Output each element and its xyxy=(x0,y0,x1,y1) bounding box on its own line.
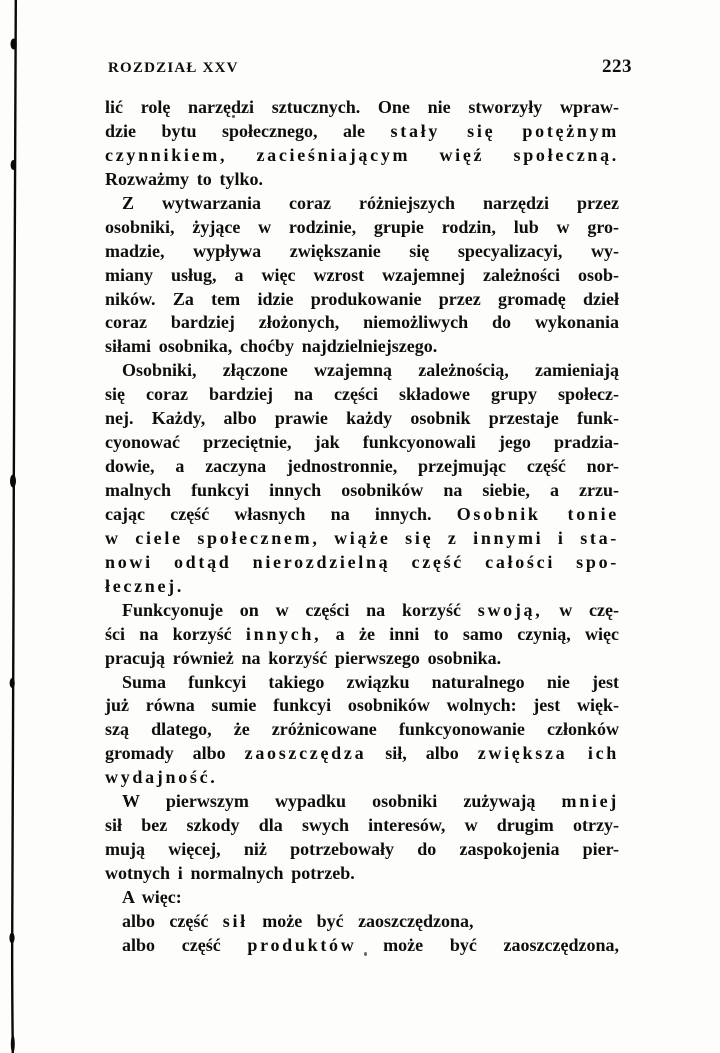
emphasis-spaced-text: zwiększa ich xyxy=(478,743,619,763)
text-line: szą dlatego, że zróżnicowane funkcyonowa… xyxy=(105,718,619,742)
text-segment: może być zaoszczędzona, xyxy=(356,935,619,955)
emphasis-spaced-text: czynnikiem, zacieśniającym więź społeczn… xyxy=(105,145,619,165)
text-line: w ciele społecznem, wiąże się z innymi i… xyxy=(105,527,619,551)
text-segment: albo część xyxy=(122,911,223,931)
text-segment: malnych funkcyi innych osobników na sieb… xyxy=(105,480,619,500)
text-line: wydajność. xyxy=(105,766,619,790)
text-segment: miany usług, a więc wzrost wzajemnej zal… xyxy=(105,265,619,285)
text-segment: szą dlatego, że zróżnicowane funkcyonowa… xyxy=(105,719,619,739)
text-segment: W pierwszym wypadku osobniki zużywają xyxy=(122,791,562,811)
text-segment: gromady albo xyxy=(105,743,245,763)
text-line: ników. Za tem idzie produkowanie przez g… xyxy=(105,288,619,312)
text-segment: wotnych i normalnych potrzeb. xyxy=(105,863,355,883)
text-line: Funkcyonuje on w części na korzyść swoją… xyxy=(105,599,619,623)
text-line: dzie bytu społecznego, ale stały się pot… xyxy=(105,120,619,144)
emphasis-spaced-text: nowi odtąd nierozdzielną część całości s… xyxy=(105,552,619,572)
text-segment: nej. Każdy, albo prawie każdy osobnik pr… xyxy=(105,408,619,428)
text-line: osobniki, żyjące w rodzinie, grupie rodz… xyxy=(105,216,619,240)
text-segment: coraz bardziej złożonych, niemożliwych d… xyxy=(105,312,619,332)
text-segment: a że inni to samo czynią, więc xyxy=(321,624,619,644)
text-segment: sił bez szkody dla swych interesów, w dr… xyxy=(105,815,619,835)
text-line: Suma funkcyi takiego związku naturalnego… xyxy=(105,671,619,695)
text-segment: ników. Za tem idzie produkowanie przez g… xyxy=(105,289,619,309)
text-segment: siłami osobnika, choćby najdzielniejszeg… xyxy=(105,336,437,356)
text-line: albo część sił może być zaoszczędzona, xyxy=(105,910,619,934)
text-segment: w czę- xyxy=(542,600,619,620)
text-line: Osobniki, złączone wzajemną zależnością,… xyxy=(105,359,619,383)
text-line: dowie, a zaczyna jednostronnie, przejmuj… xyxy=(105,455,619,479)
edge-line-blob xyxy=(9,933,14,944)
text-segment: osobniki, żyjące w rodzinie, grupie rodz… xyxy=(105,217,619,237)
text-segment: Suma funkcyi takiego związku naturalnego… xyxy=(122,672,619,692)
emphasis-spaced-text: sił xyxy=(223,911,248,931)
text-line: wotnych i normalnych potrzeb. xyxy=(105,862,619,886)
emphasis-spaced-text: stały się potężnym xyxy=(391,121,619,141)
text-line: cając część własnych na innych. Osobnik … xyxy=(105,503,619,527)
text-segment: już równa sumie funkcyi osobników wolnyc… xyxy=(105,695,619,715)
text-line: coraz bardziej złożonych, niemożliwych d… xyxy=(105,311,619,335)
edge-line-blob xyxy=(11,1035,15,1053)
text-segment: może być zaoszczędzona, xyxy=(248,911,474,931)
text-segment: dowie, a zaczyna jednostronnie, przejmuj… xyxy=(105,456,619,476)
text-segment: albo część xyxy=(122,935,247,955)
edge-line-stroke xyxy=(12,0,16,1053)
text-line: siłami osobnika, choćby najdzielniejszeg… xyxy=(105,335,619,359)
text-segment: madzie, wypływa zwiększanie się specyali… xyxy=(105,241,619,261)
text-segment: Z wytwarzania coraz różniejszych narzędz… xyxy=(122,193,619,213)
emphasis-spaced-text: swoją, xyxy=(478,600,543,620)
text-line: miany usług, a więc wzrost wzajemnej zal… xyxy=(105,264,619,288)
text-line: czynnikiem, zacieśniającym więź społeczn… xyxy=(105,144,619,168)
text-line: się coraz bardziej na części składowe gr… xyxy=(105,383,619,407)
chapter-heading: ROZDZIAŁ XXV xyxy=(108,60,239,77)
text-line: cyonować przeciętnie, jak funkcyonowali … xyxy=(105,431,619,455)
emphasis-spaced-text: w ciele społecznem, wiąże się z innymi i… xyxy=(105,528,619,548)
emphasis-spaced-text: produktów xyxy=(247,935,356,955)
scan-edge-line xyxy=(0,0,30,1053)
text-segment: lić rolę narzędzi sztucznych. One nie st… xyxy=(105,97,619,117)
page-number: 223 xyxy=(602,56,632,78)
text-line: Z wytwarzania coraz różniejszych narzędz… xyxy=(105,192,619,216)
book-page: ROZDZIAŁ XXV 223 lić rolę narzędzi sztuc… xyxy=(0,0,720,1053)
edge-line-blob xyxy=(10,678,15,688)
text-segment: pracują również na korzyść pierwszego os… xyxy=(105,648,501,668)
text-line: ści na korzyść innych, a że inni to samo… xyxy=(105,623,619,647)
text-line: madzie, wypływa zwiększanie się specyali… xyxy=(105,240,619,264)
text-line: już równa sumie funkcyi osobników wolnyc… xyxy=(105,694,619,718)
page-body: lić rolę narzędzi sztucznych. One nie st… xyxy=(105,96,619,958)
text-segment: Rozważmy to tylko. xyxy=(105,169,263,189)
text-segment: Osobniki, złączone wzajemną zależnością,… xyxy=(122,360,619,380)
text-line: albo część produktów może być zaoszczędz… xyxy=(105,934,619,958)
text-line: pracują również na korzyść pierwszego os… xyxy=(105,647,619,671)
edge-line-blob xyxy=(11,160,16,170)
text-line: A więc: xyxy=(105,886,619,910)
edge-line-blob xyxy=(10,475,16,488)
edge-line-blob xyxy=(11,39,17,50)
emphasis-spaced-text: innych, xyxy=(246,624,321,644)
text-segment: Funkcyonuje on w części na korzyść xyxy=(122,600,478,620)
text-segment: ści na korzyść xyxy=(105,624,246,644)
text-segment: sił, albo xyxy=(366,743,477,763)
text-segment: mują więcej, niż potrzebowały do zaspoko… xyxy=(105,839,619,859)
text-line: mują więcej, niż potrzebowały do zaspoko… xyxy=(105,838,619,862)
text-segment: cając część własnych na innych. xyxy=(105,504,457,524)
text-line: lić rolę narzędzi sztucznych. One nie st… xyxy=(105,96,619,120)
text-line: łecznej. xyxy=(105,575,619,599)
text-line: nej. Każdy, albo prawie każdy osobnik pr… xyxy=(105,407,619,431)
emphasis-spaced-text: mniej xyxy=(562,791,620,811)
emphasis-spaced-text: łecznej. xyxy=(105,576,184,596)
text-segment: cyonować przeciętnie, jak funkcyonowali … xyxy=(105,432,619,452)
text-line: Rozważmy to tylko. xyxy=(105,168,619,192)
text-line: W pierwszym wypadku osobniki zużywają mn… xyxy=(105,790,619,814)
text-line: sił bez szkody dla swych interesów, w dr… xyxy=(105,814,619,838)
text-segment: dzie bytu społecznego, ale xyxy=(105,121,391,141)
text-segment: A więc: xyxy=(122,887,182,907)
text-line: malnych funkcyi innych osobników na sieb… xyxy=(105,479,619,503)
running-head: ROZDZIAŁ XXV 223 xyxy=(108,56,632,78)
text-line: nowi odtąd nierozdzielną część całości s… xyxy=(105,551,619,575)
emphasis-spaced-text: wydajność. xyxy=(105,767,218,787)
emphasis-spaced-text: Osobnik tonie xyxy=(457,504,619,524)
text-line: gromady albo zaoszczędza sił, albo zwięk… xyxy=(105,742,619,766)
emphasis-spaced-text: zaoszczędza xyxy=(245,743,367,763)
text-segment: się coraz bardziej na części składowe gr… xyxy=(105,384,619,404)
